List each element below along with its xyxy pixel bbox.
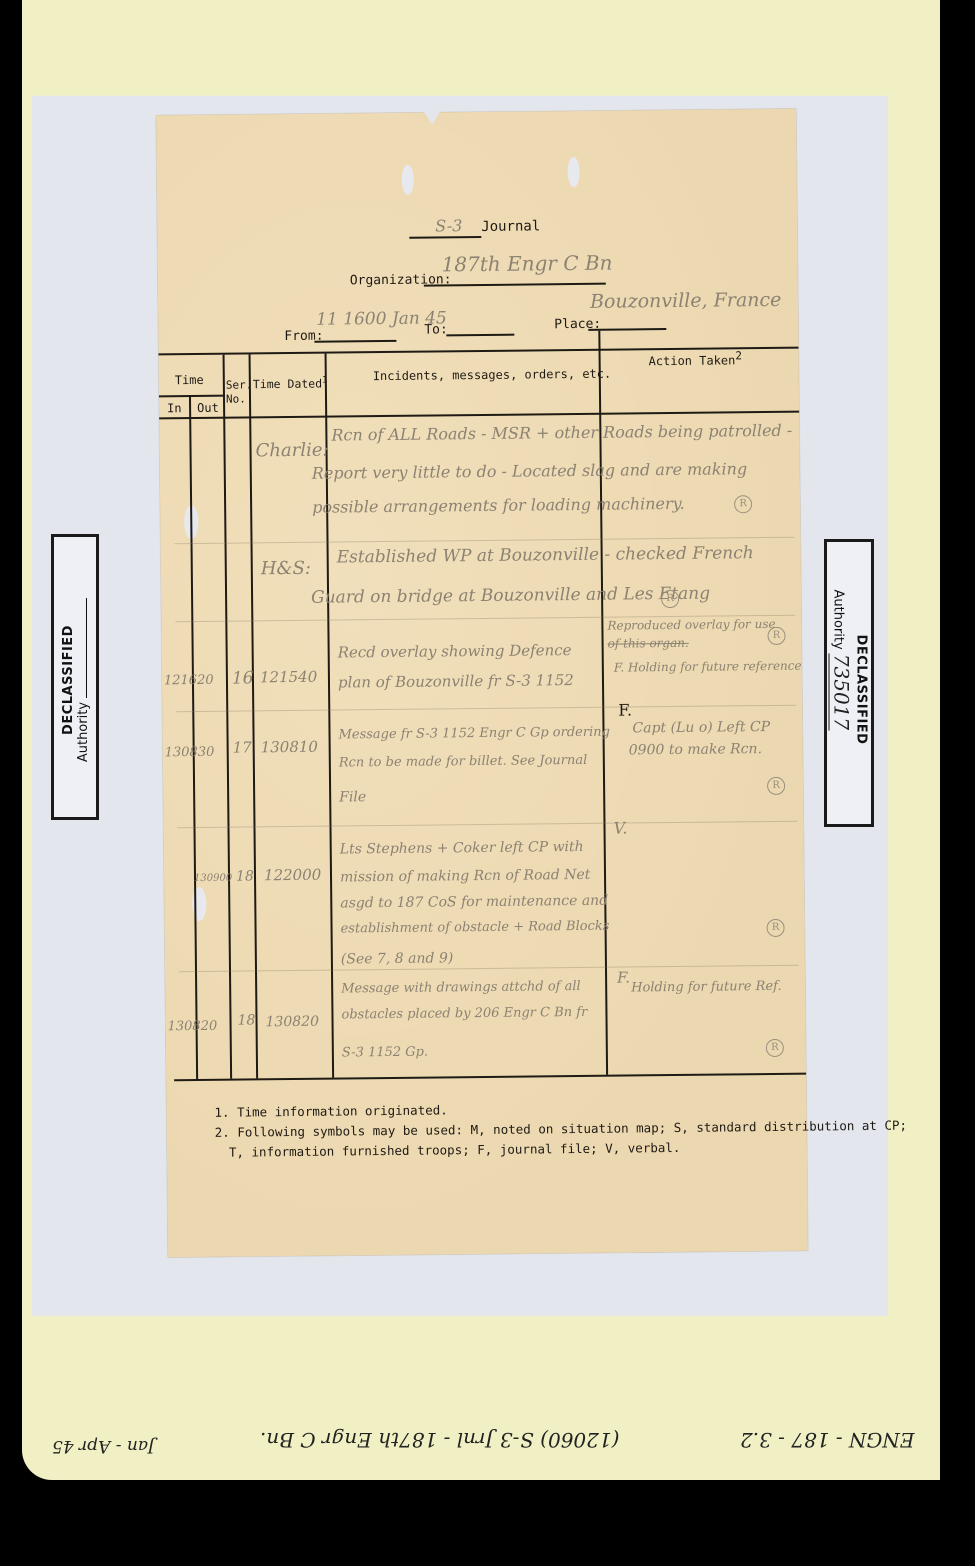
received-mark: R	[661, 590, 679, 608]
serial-number-cell: 18	[236, 868, 254, 884]
serial-number-cell: 17	[233, 738, 252, 756]
action-line: V.	[613, 818, 627, 837]
action-line: Holding for future Ref.	[631, 979, 782, 996]
incident-line: Rcn of ALL Roads - MSR + other Roads bei…	[331, 421, 792, 445]
action-line: 0900 to make Rcn.	[629, 741, 762, 758]
to-underline	[446, 334, 514, 337]
incident-line: Message fr S-3 1152 Engr C Gp ordering	[338, 725, 610, 743]
time-dated-cell: 121540	[260, 668, 317, 687]
incident-line: Established WP at Bouzonville - checked …	[337, 543, 754, 567]
incident-line: mission of making Rcn of Road Net	[340, 867, 591, 886]
from-underline	[314, 340, 396, 343]
received-mark: R	[734, 495, 752, 513]
incident-line: possible arrangements for loading machin…	[312, 494, 685, 517]
incident-line: establishment of obstacle + Road Blocks	[340, 919, 609, 937]
incident-line: Lts Stephens + Coker left CP with	[340, 839, 584, 858]
incident-line: obstacles placed by 206 Engr C Bn fr	[341, 1005, 587, 1023]
stamp-authority-value: 735017	[829, 654, 854, 730]
incident-line: plan of Bouzonville fr S-3 1152	[338, 671, 574, 691]
incident-line: asgd to 187 CoS for maintenance and	[340, 893, 608, 912]
incident-line: Recd overlay showing Defence	[338, 641, 572, 661]
row-separator	[177, 821, 797, 828]
header-bottom-rule	[159, 411, 799, 420]
journal-section: S-3	[435, 216, 462, 235]
title-underline	[409, 236, 481, 239]
stamp-declassified-label: DECLASSIFIED	[61, 560, 76, 800]
journal-page: S-3 Journal Organization: 187th Engr C B…	[156, 109, 808, 1258]
header-time-dated: Time Dated1	[253, 376, 328, 392]
action-line: F. Holding for future reference	[614, 659, 802, 675]
stamp-authority-label: Authority	[831, 590, 846, 650]
incident-line: File	[339, 789, 366, 805]
action-line: of this organ.	[608, 636, 689, 651]
table-bottom-rule	[174, 1073, 806, 1082]
row-separator	[179, 965, 799, 972]
stamp-authority-line	[76, 598, 87, 698]
declassified-stamp-right: DECLASSIFIED Authority 735017	[824, 539, 874, 827]
incident-line: Guard on bridge at Bouzonville and Les E…	[311, 584, 710, 608]
incident-line: Report very little to do - Located slag …	[312, 459, 748, 483]
punch-hole	[567, 157, 579, 187]
punch-hole	[402, 165, 414, 195]
row-separator	[176, 705, 796, 712]
incident-line: Rcn to be made for billet. See Journal	[339, 753, 588, 771]
time-dated-cell: 122000	[264, 866, 321, 885]
to-label: To:	[424, 322, 448, 337]
time-in-cell: 130820	[168, 1019, 218, 1035]
stamp-declassified-label: DECLASSIFIED	[854, 570, 869, 810]
time-dated-cell: H&S:	[261, 558, 311, 580]
header-incidents: Incidents, messages, orders, etc.	[373, 367, 612, 383]
serial-number-cell: 18	[237, 1012, 255, 1028]
incident-line: S-3 1152 Gp.	[342, 1045, 428, 1061]
declassified-stamp-left: DECLASSIFIED Authority	[51, 534, 99, 820]
received-mark: R	[766, 1039, 784, 1057]
time-in-cell: 130830	[165, 745, 215, 761]
col-divider-in-out	[189, 395, 198, 1079]
stamp-authority-label: Authority	[76, 702, 91, 762]
time-dated-cell: 130810	[261, 738, 318, 757]
incident-line: (See 7, 8 and 9)	[341, 950, 454, 967]
header-out: Out	[197, 401, 219, 415]
time-dated-cell: Charlie:	[255, 440, 328, 462]
time-in-cell: 121620	[164, 673, 214, 689]
time-in-cell: 130900	[194, 873, 232, 884]
received-mark: R	[766, 919, 784, 937]
action-line: Reproduced overlay for use	[607, 617, 775, 633]
received-mark: R	[767, 627, 785, 645]
action-line: F.	[618, 700, 632, 719]
header-action-taken: Action Taken2	[649, 349, 743, 368]
folder-label-dates: Jan - Apr 45	[52, 1436, 155, 1456]
header-time-split	[159, 395, 225, 398]
folder-label-title: (12060) S-3 Jrnl - 187th Engr C Bn.	[260, 1428, 619, 1452]
header-in: In	[167, 401, 182, 415]
header-time: Time	[175, 373, 204, 387]
action-line: F.	[617, 968, 630, 986]
incident-line: Message with drawings attchd of all	[341, 979, 581, 997]
organization-value: 187th Engr C Bn	[441, 251, 612, 277]
action-line: Capt (Lu o) Left CP	[632, 719, 770, 736]
folder-edge	[940, 0, 950, 1480]
header-ser-no: Ser. No.	[226, 378, 248, 406]
journal-title: Journal	[481, 218, 540, 235]
received-mark: R	[767, 777, 785, 795]
footnotes: 1. Time information originated. 2. Follo…	[214, 1096, 907, 1163]
time-dated-cell: 130820	[265, 1014, 319, 1031]
col-divider-incidents-action	[598, 331, 608, 1075]
page-notch	[422, 108, 442, 124]
serial-number-cell: 16	[232, 668, 254, 688]
folder-label-series: ENGN - 187 - 3.2	[740, 1428, 915, 1452]
place-value: Bouzonville, France	[590, 289, 782, 313]
